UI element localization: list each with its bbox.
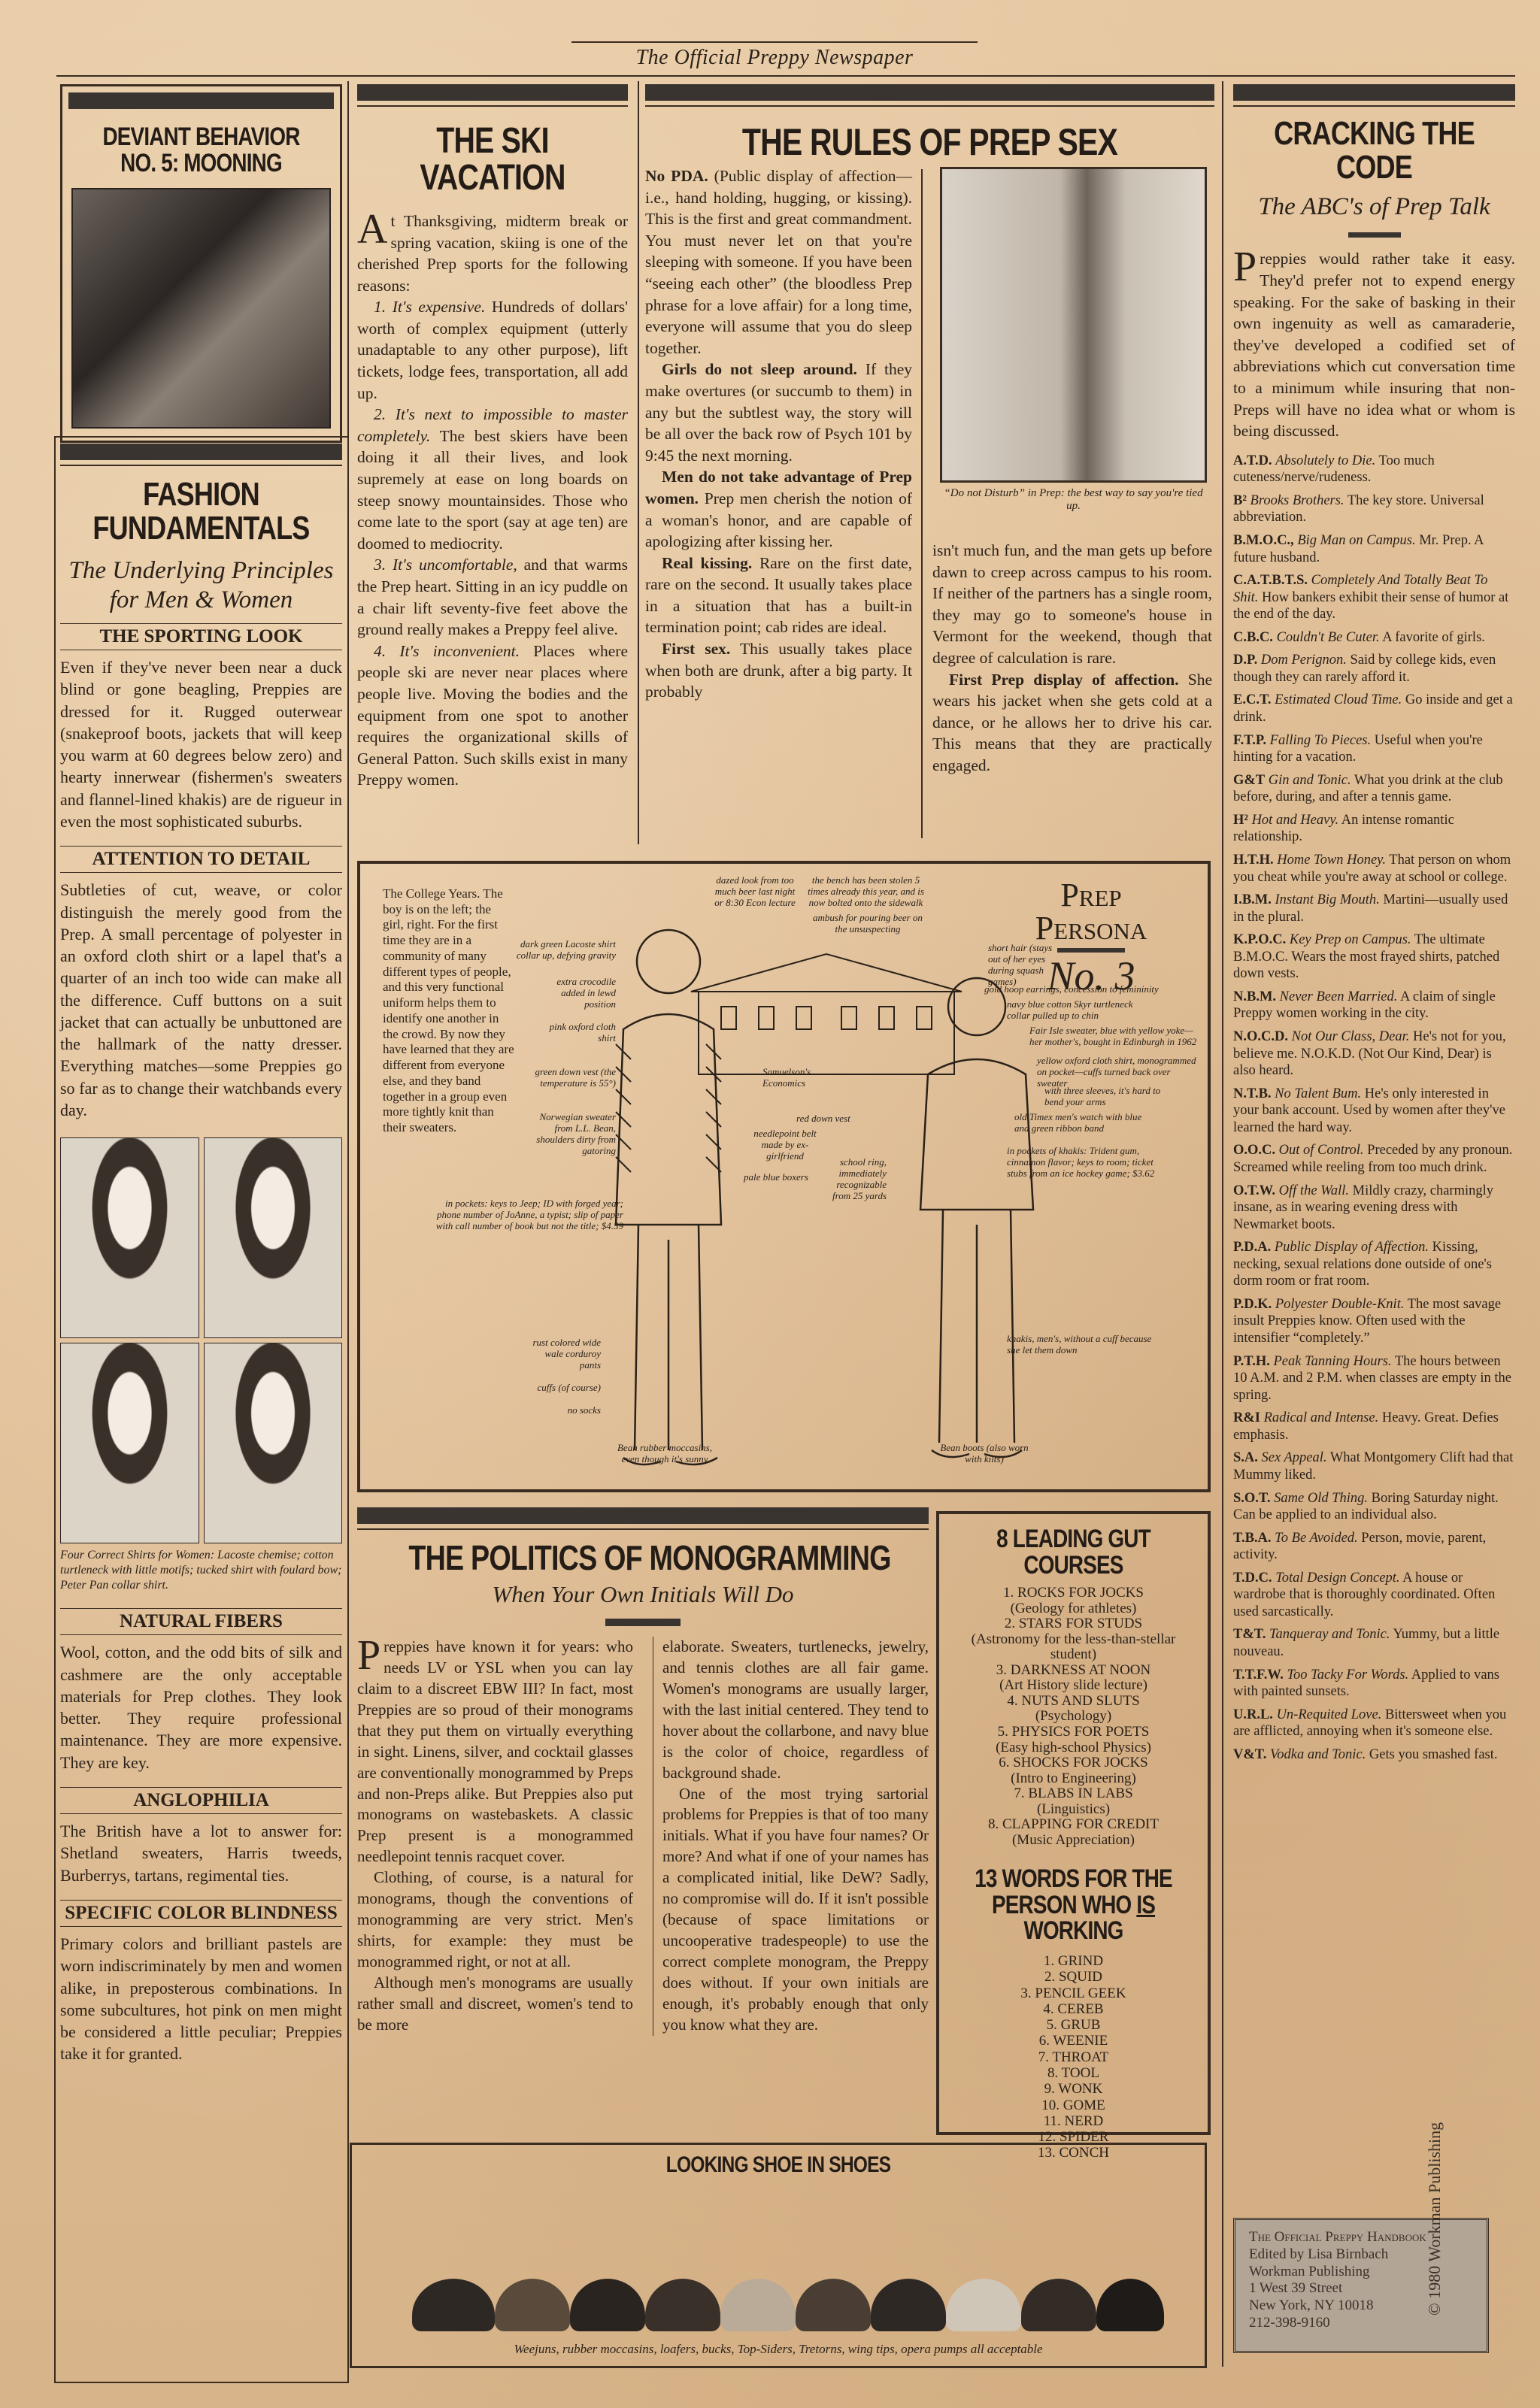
callout-boxers: pale blue boxers [744, 1172, 826, 1183]
header-bar [1233, 84, 1515, 101]
subhead-natural-fibers: Natural Fibers [60, 1608, 342, 1635]
wing-tip-shoe-icon [1021, 2279, 1096, 2331]
course-item: 2. Stars for Studs(Astronomy for the les… [947, 1616, 1200, 1663]
persona-title-line1: Prep [993, 879, 1189, 912]
moccasin-shoe-icon [495, 2279, 570, 2331]
callout-needlepoint-belt: needlepoint belt made by ex-girlfriend [744, 1128, 826, 1162]
glossary-entry: N.O.C.D. Not Our Class, Dear. He's not f… [1233, 1028, 1515, 1080]
glossary-entry: P.D.A. Public Display of Affection. Kiss… [1233, 1239, 1515, 1290]
glossary-entry: P.D.K. Polyester Double-Knit. The most s… [1233, 1296, 1515, 1347]
glossary-entry: I.B.M. Instant Big Mouth. Martini—usuall… [1233, 892, 1515, 925]
foulard-bow-shirt-photo [60, 1343, 199, 1543]
rule-continued: isn't much fun, and the man gets up befo… [932, 540, 1212, 669]
entry-expansion: Absolutely to Die. [1275, 453, 1375, 468]
fashion-fundamentals: Fashion Fundamentals The Underlying Prin… [60, 444, 342, 2065]
entry-abbr: N.B.M. [1233, 989, 1276, 1004]
course-item: 5. Physics for Poets(Easy high-school Ph… [947, 1725, 1200, 1755]
course-name: 2. Stars for Studs [947, 1616, 1200, 1632]
course-desc: (Psychology) [947, 1709, 1200, 1725]
word-item: 9. Wonk [947, 2081, 1200, 2097]
entry-abbr: O.T.W. [1233, 1183, 1275, 1198]
callout-fair-isle: Fair Isle sweater, blue with yellow yoke… [1029, 1025, 1202, 1048]
rule-lead: Girls do not sleep around. [662, 360, 857, 378]
course-name: 5. Physics for Poets [947, 1725, 1200, 1740]
column-rule [347, 81, 349, 1506]
entry-abbr: I.B.M. [1233, 892, 1272, 907]
monogram-para: Clothing, of course, is a natural for mo… [357, 1867, 633, 1973]
monogram-para: elaborate. Sweaters, turtlenecks, jewelr… [662, 1637, 929, 1783]
callout-turtleneck: navy blue cotton Skyr turtleneck collar … [1007, 999, 1157, 1022]
entry-abbr: B² [1233, 493, 1247, 508]
callout-crocodile: extra crocodile added in lewd position [533, 977, 616, 1010]
rule-first-display: First Prep display of affection. She wea… [932, 669, 1212, 777]
deviant-title: Deviant Behavior No. 5: Mooning [92, 124, 310, 176]
callout-corduroys: rust colored wide wale corduroy pants [526, 1337, 601, 1371]
course-item: 8. Clapping for Credit(Music Appreciatio… [947, 1817, 1200, 1848]
reason-lead: 3. It's uncomfortable, [374, 556, 517, 574]
callout-hoop-earrings: gold hoop earrings, concession to femini… [984, 984, 1180, 995]
word-item: 7. Throat [947, 2049, 1200, 2065]
glossary-entry: C.A.T.B.T.S. Completely And Totally Beat… [1233, 572, 1515, 623]
fashion-deck: The Underlying Principles for Men & Wome… [60, 556, 342, 616]
copyright-notice: © 1980 Workman Publishing [1425, 2122, 1445, 2316]
callout-three-sleeves: with three sleeves, it's hard to bend yo… [1044, 1086, 1165, 1108]
entry-abbr: N.T.B. [1233, 1086, 1272, 1101]
entry-abbr: K.P.O.C. [1233, 932, 1286, 947]
word-item: 3. Pencil Geek [947, 1985, 1200, 2001]
entry-abbr: D.P. [1233, 653, 1257, 668]
course-name: 8. Clapping for Credit [947, 1817, 1200, 1833]
entry-expansion: Not Our Class, Dear. [1292, 1029, 1410, 1044]
ski-title: The Ski Vacation [381, 123, 603, 197]
entry-abbr: T.D.C. [1233, 1571, 1272, 1586]
entry-abbr: O.O.C. [1233, 1143, 1275, 1158]
course-desc: (Art History slide lecture) [947, 1678, 1200, 1694]
word-item: 5. Grub [947, 2017, 1200, 2033]
code-deck: The ABC's of Prep Talk [1233, 192, 1515, 223]
mooning-photo [71, 188, 331, 429]
monogram-title: The Politics of Monogramming [408, 1540, 877, 1576]
glossary-entry: V&T. Vodka and Tonic. Gets you smashed f… [1233, 1746, 1515, 1764]
course-name: 3. Darkness at Noon [947, 1663, 1200, 1679]
subhead-sporting-look: The Sporting Look [60, 623, 342, 650]
course-desc: (Easy high-school Physics) [947, 1740, 1200, 1756]
entry-expansion: Instant Big Mouth. [1275, 892, 1380, 907]
monogram-col-2: elaborate. Sweaters, turtlenecks, jewelr… [653, 1637, 929, 2036]
entry-abbr: T.T.F.W. [1233, 1667, 1284, 1683]
anglophilia-text: The British have a lot to answer for: Sh… [60, 1820, 342, 1886]
glossary-entry: H.T.H. Home Town Honey. That person on w… [1233, 852, 1515, 886]
word-item: 1. Grind [947, 1953, 1200, 1969]
entry-expansion: Couldn't Be Cuter. [1277, 630, 1380, 645]
rule-lead: Real kissing. [662, 554, 752, 572]
words-title-emphasis: Is [1136, 1891, 1155, 1919]
attention-to-detail-text: Subtleties of cut, weave, or color disti… [60, 879, 342, 1121]
glossary-entry: N.T.B. No Talent Bum. He's only interest… [1233, 1086, 1515, 1137]
rule-lead: First Prep display of affection. [949, 671, 1179, 689]
callout-green-vest: green down vest (the temperature is 55°) [526, 1067, 616, 1089]
entry-abbr: U.R.L. [1233, 1707, 1273, 1722]
gucci-loafer-shoe-icon [645, 2279, 720, 2331]
entry-abbr: N.O.C.D. [1233, 1029, 1288, 1044]
ski-reason-2: 2. It's next to impossible to master com… [357, 404, 628, 554]
entry-abbr: C.B.C. [1233, 630, 1273, 645]
glossary-entry: O.T.W. Off the Wall. Mildly crazy, charm… [1233, 1183, 1515, 1234]
glossary-entry: S.A. Sex Appeal. What Montgomery Clift h… [1233, 1449, 1515, 1483]
course-item: 1. Rocks for Jocks(Geology for athletes) [947, 1586, 1200, 1616]
header-bar [645, 84, 1214, 101]
glossary-entry: F.T.P. Falling To Pieces. Useful when yo… [1233, 732, 1515, 766]
glossary-entry: T&T. Tanqueray and Tonic. Yummy, but a l… [1233, 1626, 1515, 1660]
boy-illustration [593, 909, 744, 1480]
glossary-entry: P.T.H. Peak Tanning Hours. The hours bet… [1233, 1353, 1515, 1404]
cotton-turtleneck-photo [204, 1137, 343, 1338]
header-rule [645, 105, 1214, 107]
course-desc: (Geology for athletes) [947, 1601, 1200, 1617]
rules-of-prep-sex: The Rules of Prep Sex [645, 84, 1214, 175]
monogram-columns: Preppies have known it for years: who ne… [357, 1637, 929, 2036]
rule-real-kissing: Real kissing. Rare on the first date, ra… [645, 553, 912, 638]
word-item: 6. Weenie [947, 2033, 1200, 2049]
header-bar [357, 84, 628, 101]
entry-abbr: T.B.A. [1233, 1531, 1272, 1546]
callout-school-ring: school ring, immediately recognizable fr… [819, 1157, 887, 1202]
monogram-para: Although men's monograms are usually rat… [357, 1973, 633, 2036]
entry-abbr: S.O.T. [1233, 1491, 1271, 1506]
rule-lead: First sex. [662, 640, 730, 658]
column-rule [638, 81, 639, 844]
course-name: 1. Rocks for Jocks [947, 1586, 1200, 1601]
course-desc: (Music Appreciation) [947, 1833, 1200, 1849]
entry-abbr: B.M.O.C., [1233, 533, 1294, 548]
callout-lacoste: dark green Lacoste shirt collar up, defy… [503, 939, 616, 962]
entry-abbr: H.T.H. [1233, 853, 1274, 868]
course-desc: (Intro to Engineering) [947, 1771, 1200, 1787]
ski-vacation: The Ski Vacation At Thanksgiving, midter… [357, 84, 628, 791]
course-item: 7. Blabs in Labs(Linguistics) [947, 1786, 1200, 1817]
prep-persona: The College Years. The boy is on the lef… [357, 861, 1211, 1492]
entry-definition: Person, movie, parent, activity. [1233, 1531, 1486, 1563]
natural-fibers-text: Wool, cotton, and the odd bits of silk a… [60, 1641, 342, 1773]
column-rule [921, 169, 923, 838]
reason-text: The best skiers have been doing it all t… [357, 427, 628, 553]
entry-expansion: Radical and Intense. [1264, 1410, 1379, 1425]
shirts-caption: Four Correct Shirts for Women: Lacoste c… [60, 1548, 342, 1593]
colophon-phone: 212-398-9160 [1249, 2315, 1473, 2332]
entry-abbr: P.T.H. [1233, 1354, 1270, 1369]
subhead-attention-to-detail: Attention to Detail [60, 846, 342, 873]
glossary-entry: A.T.D. Absolutely to Die. Too much cuten… [1233, 453, 1515, 486]
callout-boy-pockets: in pockets: keys to Jeep; ID with forged… [420, 1198, 623, 1232]
entry-expansion: Brooks Brothers. [1250, 493, 1344, 508]
course-desc: (Astronomy for the less-than-stellar stu… [947, 1632, 1200, 1663]
header-rule [357, 105, 628, 107]
glossary-entry: E.C.T. Estimated Cloud Time. Go inside a… [1233, 692, 1515, 725]
word-item: 2. Squid [947, 1969, 1200, 1985]
callout-norwegian-sweater: Norwegian sweater from L.L. Bean, should… [526, 1112, 616, 1157]
entry-definition: A favorite of girls. [1380, 630, 1485, 645]
ski-reason-4: 4. It's inconvenient. Places where peopl… [357, 641, 628, 791]
callout-economics: Samuelson's Economics [762, 1067, 823, 1089]
glossary-entry: K.P.O.C. Key Prep on Campus. The ultimat… [1233, 931, 1515, 983]
glossary: A.T.D. Absolutely to Die. Too much cuten… [1233, 453, 1515, 1764]
word-item: 4. Cereb [947, 2001, 1200, 2017]
code-intro: Preppies would rather take it easy. They… [1233, 248, 1515, 441]
words-title: 13 Words for the Person Who Is Working [969, 1866, 1177, 1944]
entry-abbr: C.A.T.B.T.S. [1233, 573, 1308, 588]
callout-khakis: khakis, men's, without a cuff because sh… [1007, 1334, 1157, 1356]
words-list: 1. Grind 2. Squid 3. Pencil Geek 4. Cere… [947, 1953, 1200, 2161]
shoes-title: Looking Shoe in Shoes [429, 2154, 1128, 2177]
entry-abbr: S.A. [1233, 1450, 1258, 1465]
header-rule [357, 1528, 929, 1530]
callout-red-vest: red down vest [796, 1113, 856, 1125]
entry-expansion: Key Prep on Campus. [1290, 932, 1411, 947]
glossary-entry: S.O.T. Same Old Thing. Boring Saturday n… [1233, 1490, 1515, 1524]
persona-intro: The College Years. The boy is on the lef… [383, 886, 514, 1136]
glossary-entry: B² Brooks Brothers. The key store. Unive… [1233, 492, 1515, 526]
masthead: The Official Preppy Newspaper [571, 41, 978, 70]
callout-timex: old Timex men's watch with blue and gree… [1014, 1112, 1150, 1134]
course-name: 4. Nuts and Sluts [947, 1694, 1200, 1710]
top-rule [56, 75, 1515, 77]
glossary-entry: C.B.C. Couldn't Be Cuter. A favorite of … [1233, 629, 1515, 647]
callout-ambush: ambush for pouring beer on the unsuspect… [811, 913, 924, 935]
entry-abbr: F.T.P. [1233, 733, 1266, 748]
entry-expansion: To Be Avoided. [1275, 1531, 1358, 1546]
gut-courses-title: 8 Leading Gut Courses [969, 1526, 1177, 1578]
entry-expansion: Off the Wall. [1279, 1183, 1349, 1198]
subhead-anglophilia: Anglophilia [60, 1787, 342, 1814]
monogram-deck: When Your Own Initials Will Do [357, 1580, 929, 1608]
entry-abbr: P.D.A. [1233, 1240, 1271, 1255]
callout-pink-oxford: pink oxford cloth shirt [541, 1022, 616, 1044]
politics-of-monogramming: The Politics of Monogramming When Your O… [357, 1507, 929, 2036]
penny-loafer-shoe-icon [871, 2279, 946, 2331]
glossary-entry: T.T.F.W. Too Tacky For Words. Applied to… [1233, 1667, 1515, 1701]
deviant-behavior-box: Deviant Behavior No. 5: Mooning [60, 84, 342, 443]
entry-expansion: Tanqueray and Tonic. [1269, 1627, 1390, 1642]
entry-expansion: Falling To Pieces. [1270, 733, 1371, 748]
header-rule [60, 465, 342, 466]
glossary-entry: D.P. Dom Perignon. Said by college kids,… [1233, 652, 1515, 686]
top-sider-shoe-icon [796, 2279, 871, 2331]
entry-expansion: Out of Control. [1279, 1143, 1364, 1158]
glossary-entry: B.M.O.C., Big Man on Campus. Mr. Prep. A… [1233, 532, 1515, 566]
glossary-entry: O.O.C. Out of Control. Preceded by any p… [1233, 1142, 1515, 1176]
entry-expansion: Hot and Heavy. [1252, 813, 1339, 828]
colophon-box: The Official Preppy Handbook Edited by L… [1233, 2218, 1489, 2353]
rule-first-sex: First sex. This usually takes place when… [645, 638, 912, 703]
header-rule [1233, 105, 1515, 107]
glossary-entry: T.B.A. To Be Avoided. Person, movie, par… [1233, 1530, 1515, 1564]
gut-courses-box: 8 Leading Gut Courses 1. Rocks for Jocks… [936, 1511, 1211, 2135]
header-bar [357, 1507, 929, 1524]
callout-dazed-look: dazed look from too much beer last night… [714, 875, 796, 909]
color-blindness-text: Primary colors and brilliant pastels are… [60, 1933, 342, 2065]
word-item: 11. Nerd [947, 2113, 1200, 2129]
entry-expansion: Gin and Tonic. [1269, 773, 1351, 788]
lacoste-chemise-photo [60, 1137, 199, 1338]
word-item: 10. Gome [947, 2098, 1200, 2113]
tretorn-shoe-icon [946, 2279, 1021, 2331]
glossary-entry: H² Hot and Heavy. An intense romantic re… [1233, 812, 1515, 846]
monogram-para: Preppies have known it for years: who ne… [357, 1637, 633, 1867]
entry-expansion: Home Town Honey. [1277, 853, 1386, 868]
callout-no-socks: no socks [548, 1405, 601, 1416]
entry-expansion: Un-Requited Love. [1277, 1707, 1382, 1722]
words-title-post: Working [1023, 1916, 1123, 1945]
rule-men: Men do not take advantage of Prep women.… [645, 466, 912, 552]
entry-expansion: Big Man on Campus. [1297, 533, 1415, 548]
entry-expansion: Too Tacky For Words. [1287, 1667, 1408, 1683]
column-rule [1222, 81, 1223, 2367]
persona-title-line2: Persona [993, 912, 1189, 945]
deck-rule [1348, 232, 1401, 238]
callout-bench: the bench has been stolen 5 times alread… [804, 875, 928, 909]
reason-text: Places where people ski are never near p… [357, 642, 628, 789]
glossary-entry: N.B.M. Never Been Married. A claim of si… [1233, 989, 1515, 1022]
header-bar [68, 92, 334, 109]
code-title: Cracking the Code [1259, 117, 1490, 185]
entry-abbr: E.C.T. [1233, 692, 1272, 707]
course-name: 7. Blabs in Labs [947, 1786, 1200, 1802]
entry-abbr: V&T. [1233, 1747, 1266, 1762]
photo-caption: “Do not Disturb” in Prep: the best way t… [940, 487, 1207, 513]
ski-intro: At Thanksgiving, midterm break or spring… [357, 211, 628, 296]
gut-courses-list: 1. Rocks for Jocks(Geology for athletes)… [947, 1586, 1200, 1848]
entry-definition: Preceded by any pronoun. Screamed while … [1233, 1143, 1512, 1175]
entry-expansion: Dom Perignon. [1261, 653, 1347, 668]
course-item: 4. Nuts and Sluts(Psychology) [947, 1694, 1200, 1725]
course-item: 6. Shocks for Jocks(Intro to Engineering… [947, 1755, 1200, 1786]
opera-pump-shoe-icon [1096, 2279, 1164, 2331]
header-bar [60, 444, 342, 460]
reason-lead: 1. It's expensive. [374, 298, 485, 316]
entry-abbr: H² [1233, 813, 1248, 828]
entry-definition: How bankers exhibit their sense of humor… [1233, 590, 1508, 622]
deck-rule [605, 1619, 681, 1626]
rules-column-1: No PDA. (Public display of affection—i.e… [645, 165, 912, 703]
entry-abbr: A.T.D. [1233, 453, 1272, 468]
monogram-para: One of the most trying sartorial problem… [662, 1784, 929, 2036]
ski-reason-1: 1. It's expensive. Hundreds of dollars' … [357, 296, 628, 404]
rules-column-2: isn't much fun, and the man gets up befo… [932, 540, 1212, 777]
weejun-shoe-icon [412, 2279, 495, 2331]
entry-expansion: Sex Appeal. [1262, 1450, 1327, 1465]
entry-expansion: Same Old Thing. [1274, 1491, 1368, 1506]
loafer-shoe-icon [570, 2279, 645, 2331]
callout-short-hair: short hair (stays out of her eyes during… [988, 943, 1056, 988]
entry-expansion: Total Design Concept. [1275, 1571, 1399, 1586]
entry-definition: Gets you smashed fast. [1366, 1747, 1497, 1762]
reason-lead: 4. It's inconvenient. [374, 642, 520, 660]
shirts-photo-grid [60, 1137, 342, 1543]
ski-reason-3: 3. It's uncomfortable, and that warms th… [357, 554, 628, 640]
rule-text: (Public display of affection—i.e., hand … [645, 167, 912, 357]
rule-lead: No PDA. [645, 167, 708, 185]
course-name: 6. Shocks for Jocks [947, 1755, 1200, 1771]
title-rule [1057, 948, 1125, 953]
callout-bean-boots: Bean boots (also worn with kilts) [939, 1443, 1029, 1465]
do-not-disturb-photo-block: “Do not Disturb” in Prep: the best way t… [940, 167, 1207, 513]
looking-shoe-in-shoes: Looking Shoe in Shoes Weejuns, rubber mo… [350, 2143, 1207, 2368]
cracking-the-code: Cracking the Code The ABC's of Prep Talk… [1233, 84, 1515, 1769]
entry-abbr: G&T [1233, 773, 1265, 788]
glossary-entry: G&T Gin and Tonic. What you drink at the… [1233, 772, 1515, 806]
subhead-color-blindness: Specific Color Blindness [60, 1900, 342, 1927]
callout-bean-moccasins: Bean rubber moccasins, even though it's … [608, 1443, 721, 1465]
sporting-look-text: Even if they've never been near a duck b… [60, 656, 342, 832]
rule-no-pda: No PDA. (Public display of affection—i.e… [645, 165, 912, 359]
course-item: 3. Darkness at Noon(Art History slide le… [947, 1663, 1200, 1694]
peter-pan-collar-photo [204, 1343, 343, 1543]
fashion-title: Fashion Fundamentals [86, 478, 317, 546]
entry-expansion: Polyester Double-Knit. [1275, 1297, 1405, 1312]
entry-expansion: No Talent Bum. [1275, 1086, 1361, 1101]
glossary-entry: R&I Radical and Intense. Heavy. Great. D… [1233, 1410, 1515, 1443]
entry-expansion: Peak Tanning Hours. [1273, 1354, 1391, 1369]
entry-abbr: R&I [1233, 1410, 1260, 1425]
entry-abbr: T&T. [1233, 1627, 1266, 1642]
monogram-col-1: Preppies have known it for years: who ne… [357, 1637, 633, 2036]
entry-expansion: Public Display of Affection. [1275, 1240, 1429, 1255]
callout-girl-pockets: in pockets of khakis: Trident gum, cinna… [1007, 1146, 1172, 1180]
shoes-caption: Weejuns, rubber moccasins, loafers, buck… [352, 2342, 1205, 2357]
rules-title: The Rules of Prep Sex [696, 123, 1163, 162]
entry-expansion: Never Been Married. [1280, 989, 1398, 1004]
entry-abbr: P.D.K. [1233, 1297, 1272, 1312]
buck-shoe-icon [720, 2279, 796, 2331]
callout-cuffs: cuffs (of course) [526, 1383, 601, 1394]
entry-expansion: Vodka and Tonic. [1270, 1747, 1366, 1762]
word-item: 8. Tool [947, 2065, 1200, 2081]
course-desc: (Linguistics) [947, 1802, 1200, 1818]
tie-on-doorknob-photo [940, 167, 1207, 483]
glossary-entry: U.R.L. Un-Requited Love. Bittersweet whe… [1233, 1707, 1515, 1740]
glossary-entry: T.D.C. Total Design Concept. A house or … [1233, 1570, 1515, 1621]
rule-girls: Girls do not sleep around. If they make … [645, 359, 912, 466]
entry-expansion: Estimated Cloud Time. [1275, 692, 1402, 707]
